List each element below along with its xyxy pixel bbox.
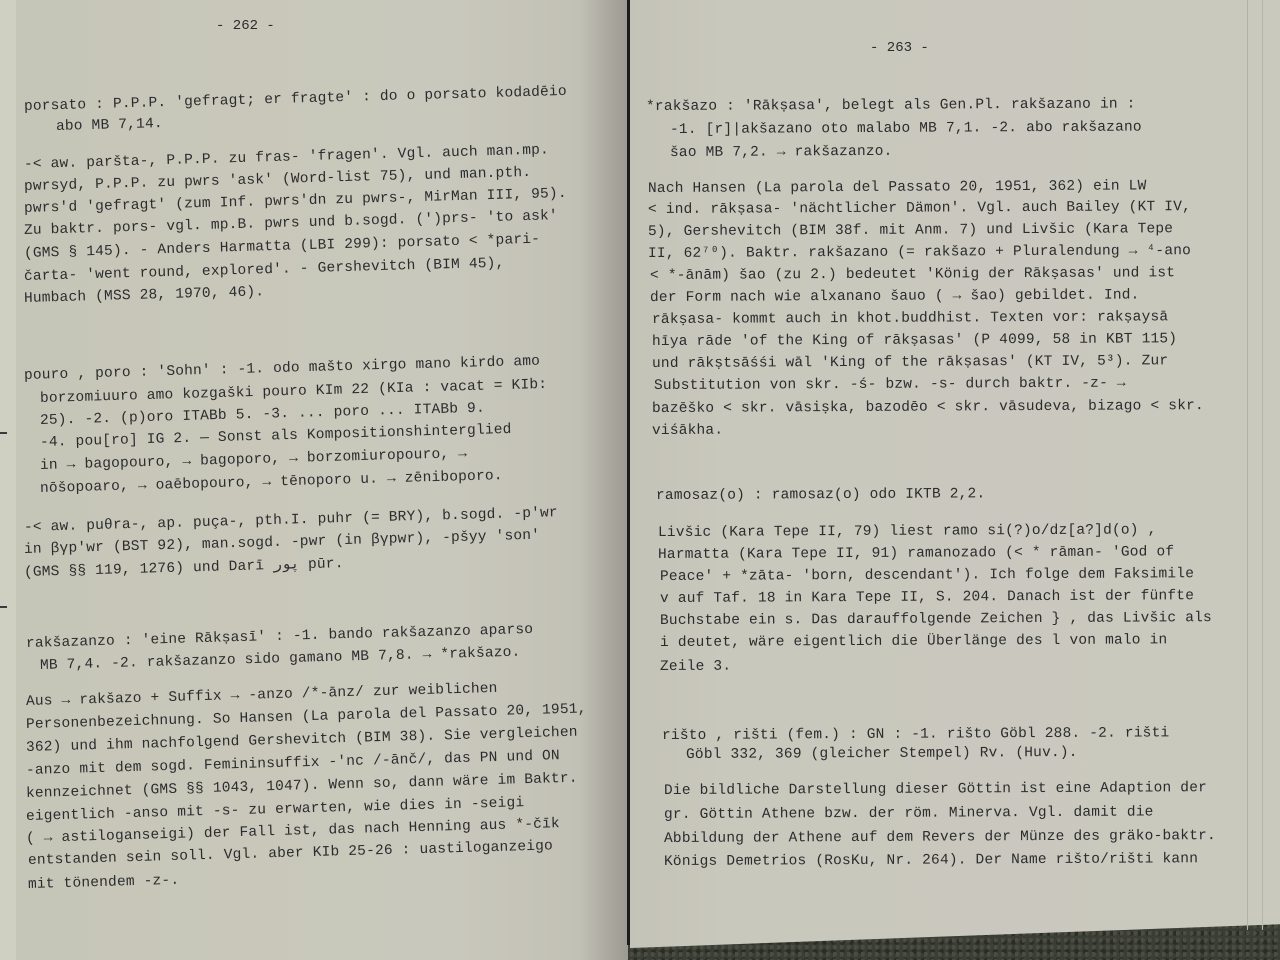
text-line: Zeile 3. xyxy=(660,658,731,676)
text-line: Königs Demetrios (RosKu, Nr. 264). Der N… xyxy=(664,850,1198,871)
text-line: Nach Hansen (La parola del Passato 20, 1… xyxy=(648,177,1147,198)
text-line: Humbach (MSS 28, 1970, 46). xyxy=(24,283,265,308)
text-line: hīya rāde 'of the King of rākṣasas' (P 4… xyxy=(652,330,1177,351)
text-line: abo MB 7,14. xyxy=(56,115,163,136)
text-line: *rakšazo : 'Rākṣasa', belegt als Gen.Pl.… xyxy=(646,95,1136,116)
text-line: (GMS §§ 119, 1276) und Darī پور pūr. xyxy=(24,555,344,582)
text-line: Substitution von skr. -ś- bzw. -s- durch… xyxy=(654,375,1126,395)
text-line: II, 62⁷⁰). Baktr. rakšazano (= rakšazo +… xyxy=(648,242,1191,263)
text-line: 5), Gershevitch (BIM 38f. mit Anm. 7) un… xyxy=(648,220,1173,241)
book-spine xyxy=(627,0,630,945)
text-line: rišto , rišti (fem.) : GN : -1. rišto Gö… xyxy=(662,724,1169,745)
text-line: gr. Göttin Athene bzw. der röm. Minerva.… xyxy=(664,803,1154,824)
text-line: viśākha. xyxy=(652,422,723,440)
page-number: - 262 - xyxy=(216,18,275,34)
text-line: Abbildung der Athene auf dem Revers der … xyxy=(664,827,1216,848)
margin-tick xyxy=(0,432,7,434)
text-line: < *-ānām) šao (zu 2.) bedeutet 'König de… xyxy=(650,264,1175,285)
left-page: - 262 -porsato : P.P.P. 'gefragt; er fra… xyxy=(16,0,628,960)
text-line: und rākṣtsāśśi wāl 'King of the rākṣasas… xyxy=(652,352,1168,373)
text-line: der Form nach wie alxanano šauo ( → šao)… xyxy=(650,286,1140,307)
text-line: i deutet, wäre eigentlich die Überlänge … xyxy=(660,631,1167,652)
text-line: ramosaz(o) : ramosaz(o) odo IKTB 2,2. xyxy=(656,485,985,505)
text-line: Peace' + *zāta- 'born, descendant'). Ich… xyxy=(660,565,1194,586)
text-line: mit tönendem -z-. xyxy=(28,872,180,894)
text-line: Göbl 332, 369 (gleicher Stempel) Rv. (Hu… xyxy=(686,744,1078,764)
text-line: Livšic (Kara Tepe II, 79) liest ramo si(… xyxy=(658,521,1157,542)
text-line: Harmatta (Kara Tepe II, 91) ramanozado (… xyxy=(658,543,1174,564)
text-line: < ind. rākṣasa- 'nächtlicher Dämon'. Vgl… xyxy=(648,198,1191,219)
text-line: -1. [r]|akšazano oto malabo MB 7,1. -2. … xyxy=(670,119,1142,139)
text-line: Die bildliche Darstellung dieser Göttin … xyxy=(664,779,1207,800)
text-line: porsato : P.P.P. 'gefragt; er fragte' : … xyxy=(24,83,567,116)
page-number: - 263 - xyxy=(870,40,929,56)
text-line: rākṣasa- kommt auch in khot.buddhist. Te… xyxy=(652,308,1168,329)
text-line: šao MB 7,2. → rakšazanzo. xyxy=(670,143,893,162)
page-stack-edge xyxy=(1247,0,1263,930)
text-line: Buchstabe ein s. Das darauffolgende Zeic… xyxy=(660,609,1212,630)
text-line: v auf Taf. 18 in Kara Tepe II, S. 204. D… xyxy=(660,587,1194,608)
right-page: - 263 -*rakšazo : 'Rākṣasa', belegt als … xyxy=(630,0,1280,948)
margin-tick xyxy=(0,606,7,608)
text-line: bazēško < skr. vāsiṣka, bazodēo < skr. v… xyxy=(652,397,1204,418)
